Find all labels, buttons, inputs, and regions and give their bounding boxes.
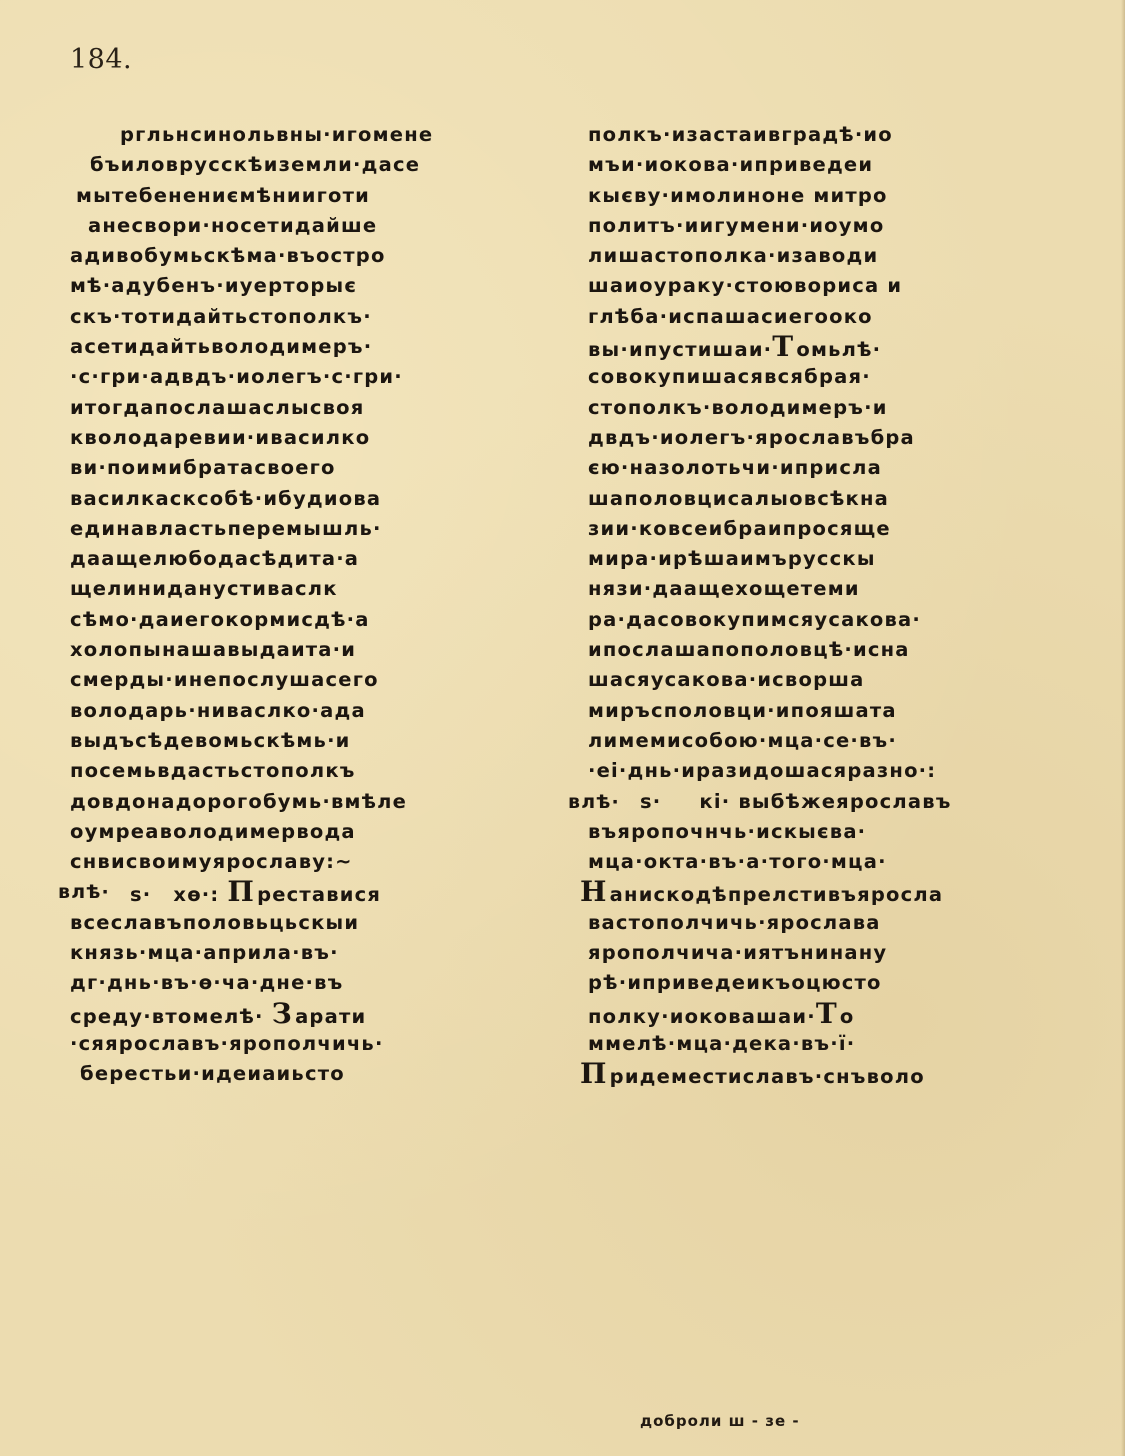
text-line: вастополчичь·ярослава [580, 908, 1080, 938]
text-line: князь·мца·априла·въ· [70, 938, 550, 968]
text-line: адивобумьскѣма·въострo [70, 241, 550, 271]
text-line: снвисвоимуярославу:~ [70, 847, 550, 877]
text-line: среду·втомелѣ· Зарати [70, 999, 550, 1029]
year-number: кі· [699, 790, 730, 813]
text-line: мѣ·адубенъ·иуерторыє [70, 271, 550, 301]
text-line: всеславъполовьцьскыи [70, 908, 550, 938]
text-line: политъ·иигумени·иоумо [580, 211, 1080, 241]
text-line: бъиловрусскѣиземли·дасе [70, 150, 550, 180]
text-segment: полку·иоковашаи· [588, 1005, 816, 1028]
initial-letter: З [272, 997, 293, 1030]
year-entry-line: Влѣ· ѕ· кі· выбѣжеярославъ [580, 787, 1080, 817]
text-line: зии·ковсеибраипросяще [580, 514, 1080, 544]
text-line: двдъ·иолегъ·ярославъбра [580, 423, 1080, 453]
text-line: единавластьперемышль· [70, 514, 550, 544]
text-line: оумреаволодимервода [70, 817, 550, 847]
text-line: мца·окта·въ·а·того·мца· [580, 847, 1080, 877]
text-segment: вы·ипустишаи· [588, 338, 772, 361]
text-line: въяропочнчь·искыєва· [580, 817, 1080, 847]
text-segment: реставися [257, 883, 381, 906]
text-line: Нанискодѣпрелстивъяросла [580, 877, 1080, 907]
initial-letter: П [227, 875, 255, 908]
text-segment: ридеместиславъ·снъволо [610, 1065, 925, 1088]
year-value: ѕ· [130, 883, 151, 906]
text-line: ипослашапополовцѣ·исна [580, 635, 1080, 665]
text-line: анесвори·носетидайше [70, 211, 550, 241]
text-line: смерды·инепослушасего [70, 665, 550, 695]
text-line: посемьвдастьстополкъ [70, 756, 550, 786]
text-segment: выбѣжеярославъ [738, 790, 951, 813]
text-line: ·с·гри·адвдъ·иолегъ·с·гри· [70, 362, 550, 392]
text-segment: о [840, 1005, 855, 1028]
year-margin-mark: Влѣ· [568, 787, 620, 817]
text-line: итогдапослашаслысвоя [70, 393, 550, 423]
text-line: совокупишасявсябрая· [580, 362, 1080, 392]
text-segment: омьлѣ· [796, 338, 881, 361]
page-number: 184. [70, 44, 132, 75]
text-line: шасяусакова·исворша [580, 665, 1080, 695]
text-line: даащелюбодасѣдита·а [70, 544, 550, 574]
text-line: полкъ·изастаивградѣ·ио [580, 120, 1080, 150]
text-line: холопынашавыдаита·и [70, 635, 550, 665]
text-line: нязи·даащехощетеми [580, 574, 1080, 604]
initial-letter: П [580, 1057, 608, 1090]
initial-letter: Т [772, 330, 794, 363]
footer-handwritten-note: доброли ш - зе - [640, 1412, 800, 1430]
text-line: мытебенениємѣнииготи [70, 181, 550, 211]
text-line: шаиоураку·стоювориса и [580, 271, 1080, 301]
text-line: довдонадорогобумь·вмѣле [70, 787, 550, 817]
text-line: вы·ипустишаи·Томьлѣ· [580, 332, 1080, 362]
year-entry-line: Влѣ· ѕ· хѳ·: Преставися [70, 877, 550, 907]
text-segment: арати [295, 1005, 366, 1028]
initial-letter: Т [816, 997, 838, 1030]
text-line: ·еі·днь·иразидошасяразно·: [580, 756, 1080, 786]
text-line: скъ·тотидайтьстополкъ· [70, 302, 550, 332]
text-line: миръсполовци·ипояшата [580, 696, 1080, 726]
text-line: дг·днь·въ·ѳ·ча·дне·въ [70, 968, 550, 998]
text-line: ви·поимибратасвоего [70, 453, 550, 483]
text-line: щелиниданустиваслк [70, 574, 550, 604]
text-line: кволодаревии·ивасилко [70, 423, 550, 453]
text-line: єю·назолотьчи·иприсла [580, 453, 1080, 483]
text-line: ярополчича·иятънинану [580, 938, 1080, 968]
text-segment: анискодѣпрелстивъяросла [610, 883, 944, 906]
text-line: ра·дасовокупимсяусакова· [580, 605, 1080, 635]
text-line: сѣмо·даиегокормисдѣ·а [70, 605, 550, 635]
text-line: володарь·ниваслко·ада [70, 696, 550, 726]
year-number: хѳ·: [173, 883, 219, 906]
page-edge-shadow [1121, 0, 1125, 1456]
text-line: выдъсѣдевомьскѣмь·и [70, 726, 550, 756]
text-line: лишастополка·изаводи [580, 241, 1080, 271]
year-value: ѕ· [640, 790, 661, 813]
text-line: глѣба·испашасиегоокo [580, 302, 1080, 332]
text-line: лимемисобою·мца·се·въ· [580, 726, 1080, 756]
text-line: полку·иоковашаи·То [580, 999, 1080, 1029]
text-line: мира·ирѣшаимърусскы [580, 544, 1080, 574]
text-line: асетидайтьволодимеръ· [70, 332, 550, 362]
text-line: берестьи·идеиаиьсто [70, 1059, 550, 1089]
left-column: ргльнсинольвны·игомене бъиловрусскѣиземл… [70, 120, 550, 1090]
year-margin-mark: Влѣ· [58, 877, 110, 907]
initial-letter: Н [580, 875, 608, 908]
text-line: ргльнсинольвны·игомене [70, 120, 550, 150]
right-column: полкъ·изастаивградѣ·ио мъи·иокова·иприве… [580, 120, 1080, 1090]
text-line: шаполовцисалыовсѣкна [580, 484, 1080, 514]
text-line: Придеместиславъ·снъволо [580, 1059, 1080, 1089]
text-line: ·сяярославъ·ярополчичь· [70, 1029, 550, 1059]
text-line: василкасксобѣ·ибудиова [70, 484, 550, 514]
text-line: кыєву·имолиноне митро [580, 181, 1080, 211]
text-line: стополкъ·володимеръ·и [580, 393, 1080, 423]
text-line: рѣ·иприведеикъоцюсто [580, 968, 1080, 998]
text-segment: среду·втомелѣ· [70, 1005, 264, 1028]
text-line: ммелѣ·мца·дека·въ·ї· [580, 1029, 1080, 1059]
text-line: мъи·иокова·иприведеи [580, 150, 1080, 180]
